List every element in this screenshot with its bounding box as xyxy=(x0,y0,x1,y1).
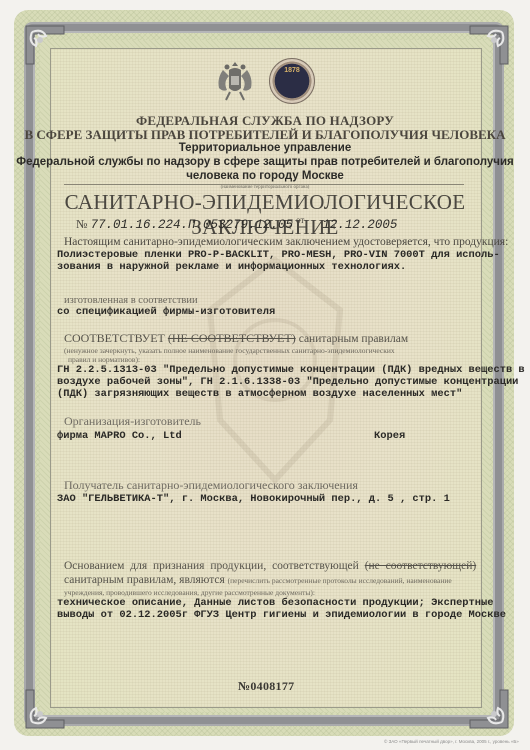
intro-text: Настоящим санитарно-эпидемиологическим з… xyxy=(64,236,508,248)
compliance-line: СООТВЕТСТВУЕТ (НЕ СООТВЕТСТВУЕТ) санитар… xyxy=(64,331,408,346)
basis-line-1: Основанием для признания продукции, соот… xyxy=(64,560,476,572)
basis-note-1: (перечислить рассмотренные протоколы исс… xyxy=(228,576,452,585)
basis-line-2: санитарным правилам, являются (перечисли… xyxy=(64,574,452,586)
recipient-value: ЗАО "ГЕЛЬВЕТИКА-Т", г. Москва, Новокироч… xyxy=(57,493,450,505)
manufacturer-value: фирма MAPRO Co., Ltd xyxy=(57,430,182,442)
printer-note: © ЗАО «Первый печатный двор», г. Москва,… xyxy=(384,739,519,744)
rospotrebnadzor-seal-icon: 1878 xyxy=(269,58,315,104)
rules-note-1: (ненужное зачеркнуть, указать полное наи… xyxy=(64,346,395,355)
form-number: №0408177 xyxy=(238,679,294,694)
date-prefix: от xyxy=(296,215,304,225)
basis-note-2: учреждения, проводившего исследования, д… xyxy=(64,588,315,597)
rules-label: санитарным правилам xyxy=(299,333,408,345)
dept-line-1: Территориальное управление xyxy=(0,142,530,154)
basis-text: Основанием для признания продукции, соот… xyxy=(64,560,359,572)
basis-struck: (не соответствующей) xyxy=(365,560,477,572)
agency-line-2: В СФЕРЕ ЗАЩИТЫ ПРАВ ПОТРЕБИТЕЛЕЙ И БЛАГО… xyxy=(0,127,530,143)
rules-note-2: правил и нормативов): xyxy=(68,355,140,364)
dept-line-3: человека по городу Москве xyxy=(0,170,530,182)
made-label: изготовленная в соответствии xyxy=(64,295,198,306)
product-line-1: Полиэстеровые пленки PRO-P-BACKLIT, PRO-… xyxy=(57,249,500,261)
document-date: 12.12.2005 xyxy=(322,218,397,232)
made-value: со спецификацией фирмы-изготовителя xyxy=(57,306,275,318)
manufacturer-country: Корея xyxy=(374,430,405,442)
ornament-corner-icon xyxy=(22,686,68,732)
document-number: 77.01.16.224.П.053279.12.05 xyxy=(90,218,293,232)
product-line-2: зования в наружной рекламе и информацион… xyxy=(57,261,406,273)
basis-label: санитарным правилам, являются xyxy=(64,574,225,586)
complies-label: СООТВЕТСТВУЕТ xyxy=(64,331,165,345)
russian-eagle-icon xyxy=(215,58,255,104)
recipient-label: Получатель санитарно-эпидемиологического… xyxy=(64,478,358,493)
rules-line-2: воздухе рабочей зоны", ГН 2.1.6.1338-03 … xyxy=(57,376,518,388)
header-emblems: 1878 xyxy=(0,58,530,104)
document-number-line: № 77.01.16.224.П.053279.12.05 от 12.12.2… xyxy=(76,215,397,232)
ornament-corner-icon xyxy=(466,686,512,732)
basis-value-2: выводы от 02.12.2005г ФГУЗ Центр гигиены… xyxy=(57,609,506,621)
dept-line-2: Федеральной службы по надзору в сфере за… xyxy=(0,156,530,168)
number-prefix: № xyxy=(76,217,87,231)
manufacturer-label: Организация-изготовитель xyxy=(64,414,201,429)
basis-value-1: техническое описание, Данные листов безо… xyxy=(57,597,493,609)
rules-line-1: ГН 2.2.5.1313-03 "Предельно допустимые к… xyxy=(57,364,525,376)
rules-line-3: (ПДК) загрязняющих веществ в атмосферном… xyxy=(57,388,462,400)
not-complies-struck: (НЕ СООТВЕТСТВУЕТ) xyxy=(168,331,296,345)
